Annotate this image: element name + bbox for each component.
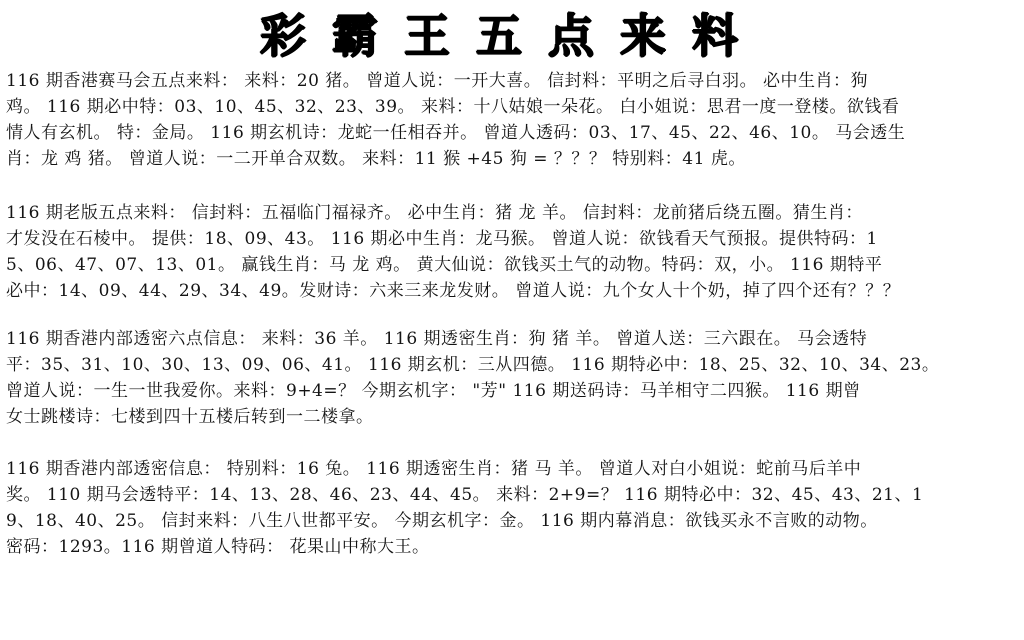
text-line: 曾道人说：一生一世我爱你。来料：9+4=？ 今期玄机字： "芳" 116 期送码…: [6, 378, 1021, 404]
paragraph-six-point-info: 116 期香港内部透密六点信息： 来料：36 羊。 116 期透密生肖：狗 猪 …: [6, 326, 1021, 430]
page-title: 彩霸王五点来料: [0, 6, 1024, 66]
text-line: 鸡。 116 期必中特：03、10、45、32、23、39。 来料：十八姑娘一朵…: [6, 94, 1021, 120]
text-line: 奖。 110 期马会透特平：14、13、28、46、23、44、45。 来料：2…: [6, 482, 1021, 508]
text-line: 密码：1293。116 期曾道人特码： 花果山中称大王。: [6, 534, 1021, 560]
text-line: 女士跳楼诗：七楼到四十五楼后转到一二楼拿。: [6, 404, 1021, 430]
paragraph-internal-info: 116 期香港内部透密信息： 特别料：16 兔。 116 期透密生肖：猪 马 羊…: [6, 456, 1021, 560]
text-line: 情人有玄机。 特：金局。 116 期玄机诗：龙蛇一任相吞并。 曾道人透码：03、…: [6, 120, 1021, 146]
text-line: 肖：龙 鸡 猪。 曾道人说：一二开单合双数。 来料：11 猴 +45 狗 = ？…: [6, 146, 1021, 172]
text-line: 116 期香港内部透密六点信息： 来料：36 羊。 116 期透密生肖：狗 猪 …: [6, 326, 1021, 352]
text-line: 9、18、40、25。 信封来料：八生八世都平安。 今期玄机字：金。 116 期…: [6, 508, 1021, 534]
text-line: 116 期香港赛马会五点来料： 来料：20 猪。 曾道人说：一开大喜。 信封料：…: [6, 68, 1021, 94]
text-line: 116 期香港内部透密信息： 特别料：16 兔。 116 期透密生肖：猪 马 羊…: [6, 456, 1021, 482]
text-line: 才发没在石棱中。 提供：18、09、43。 116 期必中生肖：龙马猴。 曾道人…: [6, 226, 1021, 252]
paragraph-five-point-feed: 116 期香港赛马会五点来料： 来料：20 猪。 曾道人说：一开大喜。 信封料：…: [6, 68, 1021, 172]
text-line: 5、06、47、07、13、01。 赢钱生肖：马 龙 鸡。 黄大仙说：欲钱买土气…: [6, 252, 1021, 278]
text-line: 必中：14、09、44、29、34、49。发财诗：六来三来龙发财。 曾道人说：九…: [6, 278, 1021, 304]
paragraph-old-edition-feed: 116 期老版五点来料： 信封料：五福临门福禄齐。 必中生肖：猪 龙 羊。 信封…: [6, 200, 1021, 304]
text-line: 116 期老版五点来料： 信封料：五福临门福禄齐。 必中生肖：猪 龙 羊。 信封…: [6, 200, 1021, 226]
text-line: 平：35、31、10、30、13、09、06、41。 116 期玄机：三从四德。…: [6, 352, 1021, 378]
